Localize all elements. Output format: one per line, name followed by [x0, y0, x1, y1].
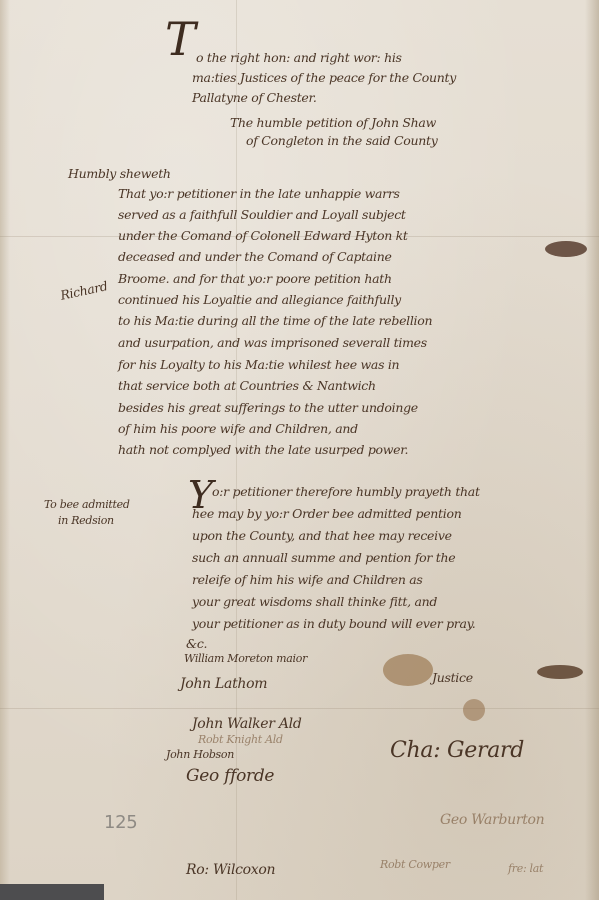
justice-label: Justice: [432, 670, 473, 685]
margin-note: To bee admitted: [44, 498, 130, 511]
petitioner-line: The humble petition of John Shaw: [230, 115, 436, 130]
body-line: and usurpation, and was imprisoned sever…: [118, 335, 427, 350]
address-line: ma:ties Justices of the peace for the Co…: [192, 70, 456, 85]
body-line: for his Loyalty to his Ma:tie whilest he…: [118, 357, 399, 372]
fold-crease: [0, 708, 599, 709]
closing: &c.: [186, 636, 207, 651]
petitioner-line: of Congleton in the said County: [246, 133, 438, 148]
salutation: Humbly sheweth: [68, 166, 171, 181]
body-line: served as a faithfull Souldier and Loyal…: [118, 207, 406, 222]
prayer-line: your great wisdoms shall thinke fitt, an…: [192, 594, 437, 609]
signature-wilcoxon: Ro: Wilcoxon: [186, 862, 275, 878]
ink-stain: [537, 665, 583, 679]
body-line: to his Ma:tie during all the time of the…: [118, 313, 432, 328]
signature-warburton: Geo Warburton: [440, 812, 544, 828]
prayer-line: o:r petitioner therefore humbly prayeth …: [212, 484, 480, 499]
signature-alderman: Geo fforde: [186, 766, 274, 786]
page-edge-right: [585, 0, 599, 900]
body-line: Broome. and for that yo:r poore petition…: [118, 271, 392, 286]
address-line: Pallatyne of Chester.: [192, 90, 317, 105]
body-line: besides his great sufferings to the utte…: [118, 400, 418, 415]
backing-board-corner: [0, 884, 104, 900]
decorated-initial: T: [165, 16, 196, 62]
page-edge-left: [0, 0, 10, 900]
body-line: deceased and under the Comand of Captain…: [118, 249, 392, 264]
ink-stain: [383, 654, 433, 686]
signature-alderman: John Walker Ald: [192, 716, 301, 732]
body-line: That yo:r petitioner in the late unhappi…: [118, 186, 400, 201]
body-line: continued his Loyaltie and allegiance fa…: [118, 292, 401, 307]
signature-cowper: Robt Cowper: [380, 858, 450, 871]
prayer-line: your petitioner as in duty bound will ev…: [192, 616, 475, 631]
signature-mayor: William Moreton maior: [184, 652, 307, 665]
prayer-line: releife of him his wife and Children as: [192, 572, 423, 587]
body-line: under the Comand of Colonell Edward Hyto…: [118, 228, 408, 243]
signature-gerard: Cha: Gerard: [390, 738, 524, 763]
signature-alderman: Robt Knight Ald: [198, 733, 283, 746]
folio-number: 125: [104, 812, 137, 833]
prayer-line: hee may by yo:r Order bee admitted penti…: [192, 506, 461, 521]
signature-fragment: fre: lat: [508, 862, 543, 875]
signature-justice: John Lathom: [180, 676, 267, 692]
prayer-line: such an annuall summe and pention for th…: [192, 550, 455, 565]
body-line: that service both at Countries & Nantwic…: [118, 378, 376, 393]
body-line: hath not complyed with the late usurped …: [118, 442, 408, 457]
margin-note: in Redsion: [58, 514, 114, 527]
body-line: of him his poore wife and Children, and: [118, 421, 358, 436]
prayer-line: upon the County, and that hee may receiv…: [192, 528, 452, 543]
signature-alderman: John Hobson: [166, 748, 234, 761]
ink-stain: [545, 241, 587, 257]
address-line: o the right hon: and right wor: his: [196, 50, 402, 65]
ink-stain: [463, 699, 485, 721]
